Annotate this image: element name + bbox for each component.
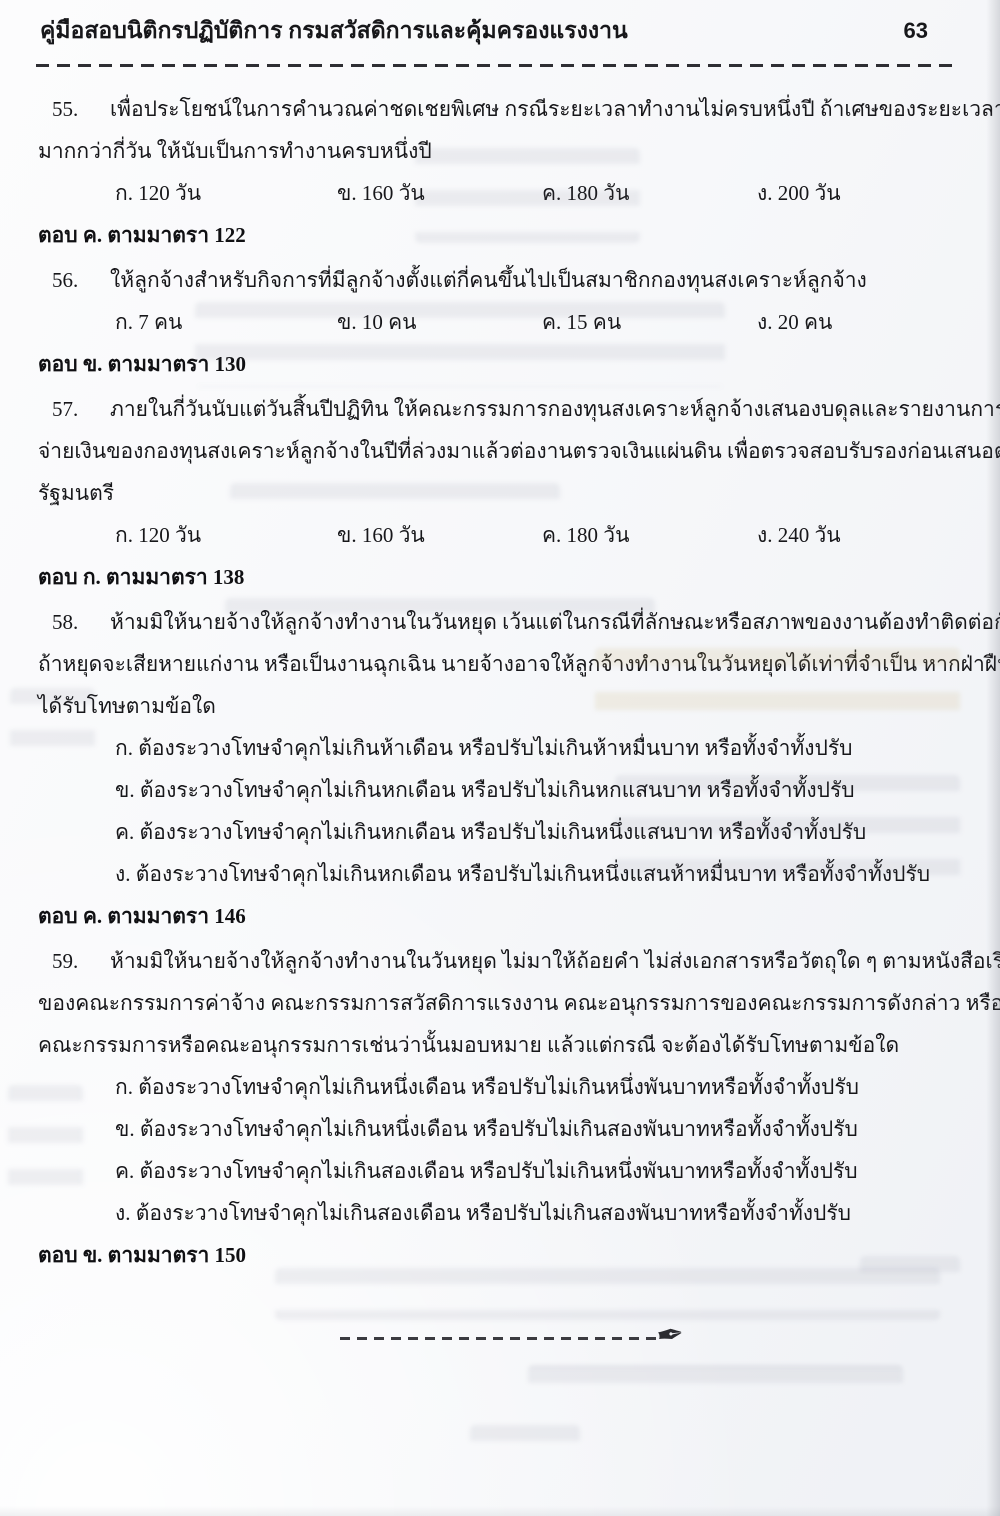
- scan-edge-shadow: [986, 0, 1000, 1516]
- pen-nib-icon: ✒: [654, 1316, 686, 1353]
- question-text-line: ห้ามมิให้นายจ้างให้ลูกจ้างทำงานในวันหยุด…: [110, 949, 1000, 973]
- question-text-line: จ่ายเงินของกองทุนสงเคราะห์ลูกจ้างในปีที่…: [38, 430, 962, 472]
- choice-a: ก. ต้องระวางโทษจำคุกไม่เกินหนึ่งเดือน หร…: [38, 1066, 962, 1108]
- scan-edge-shadow: [0, 1506, 1000, 1516]
- choice-a: ก. 120 วัน: [115, 514, 337, 556]
- choice-c: ค. ต้องระวางโทษจำคุกไม่เกินสองเดือน หรือ…: [38, 1150, 962, 1192]
- choice-d: ง. 240 วัน: [757, 514, 962, 556]
- answer-line: ตอบ ก. ตามมาตรา 138: [38, 556, 962, 598]
- page-number: 63: [904, 16, 928, 46]
- question-first-line: 57.ภายในกี่วันนับแต่วันสิ้นปีปฏิทิน ให้ค…: [38, 388, 962, 430]
- header-divider: [36, 64, 954, 67]
- question-number: 57.: [38, 388, 110, 430]
- question-text-line: เพื่อประโยชน์ในการคำนวณค่าชดเชยพิเศษ กรณ…: [110, 97, 1000, 121]
- question-first-line: 56.ให้ลูกจ้างสำหรับกิจการที่มีลูกจ้างตั้…: [38, 259, 962, 301]
- question-59: 59.ห้ามมิให้นายจ้างให้ลูกจ้างทำงานในวันห…: [38, 940, 962, 1276]
- scanned-page: คู่มือสอบนิติกรปฏิบัติการ กรมสวัสดิการแล…: [0, 0, 1000, 1516]
- bleedthrough-ghost: [860, 1256, 960, 1294]
- question-text-line: ภายในกี่วันนับแต่วันสิ้นปีปฏิทิน ให้คณะก…: [110, 397, 1000, 421]
- question-first-line: 59.ห้ามมิให้นายจ้างให้ลูกจ้างทำงานในวันห…: [38, 940, 962, 982]
- question-number: 58.: [38, 601, 110, 643]
- question-number: 59.: [38, 940, 110, 982]
- bleedthrough-ghost: [470, 1425, 580, 1447]
- choice-a: ก. ต้องระวางโทษจำคุกไม่เกินห้าเดือน หรือ…: [38, 727, 962, 769]
- question-text-line: ให้ลูกจ้างสำหรับกิจการที่มีลูกจ้างตั้งแต…: [110, 268, 867, 292]
- question-text-line: ของคณะกรรมการค่าจ้าง คณะกรรมการสวัสดิการ…: [38, 982, 962, 1024]
- choice-b: ข. ต้องระวางโทษจำคุกไม่เกินหนึ่งเดือน หร…: [38, 1108, 962, 1150]
- bleedthrough-ghost: [615, 775, 960, 890]
- section-end-divider: ✒: [340, 1318, 685, 1358]
- choice-d: ง. 200 วัน: [757, 172, 962, 214]
- page-title: คู่มือสอบนิติกรปฏิบัติการ กรมสวัสดิการแล…: [40, 16, 628, 46]
- question-first-line: 55.เพื่อประโยชน์ในการคำนวณค่าชดเชยพิเศษ …: [38, 88, 962, 130]
- choice-b: ข. 160 วัน: [337, 514, 542, 556]
- page-header: คู่มือสอบนิติกรปฏิบัติการ กรมสวัสดิการแล…: [0, 0, 1000, 46]
- answer-line: ตอบ ค. ตามมาตรา 146: [38, 895, 962, 937]
- end-dashes-line: [340, 1337, 656, 1340]
- choices-row: ก. 120 วันข. 160 วันค. 180 วันง. 240 วัน: [38, 514, 962, 556]
- question-number: 55.: [38, 88, 110, 130]
- choice-d: ง. 20 คน: [757, 301, 962, 343]
- bleedthrough-ghost: [415, 148, 640, 243]
- question-text-line: คณะกรรมการหรือคณะอนุกรรมการเช่นว่านั้นมอ…: [38, 1024, 962, 1066]
- bleedthrough-ghost: [230, 483, 560, 515]
- bleedthrough-ghost: [275, 1268, 940, 1320]
- choice-d: ง. ต้องระวางโทษจำคุกไม่เกินสองเดือน หรือ…: [38, 1192, 962, 1234]
- bleedthrough-ghost: [225, 598, 655, 632]
- bleedthrough-ghost: [195, 302, 725, 387]
- bleedthrough-ghost: [528, 1366, 903, 1399]
- choice-c: ค. 180 วัน: [542, 514, 757, 556]
- choice-a: ก. 120 วัน: [115, 172, 337, 214]
- question-number: 56.: [38, 259, 110, 301]
- bleedthrough-ghost: [8, 1085, 83, 1210]
- bleedthrough-ghost: [10, 688, 95, 763]
- bleedthrough-ghost: [595, 648, 960, 726]
